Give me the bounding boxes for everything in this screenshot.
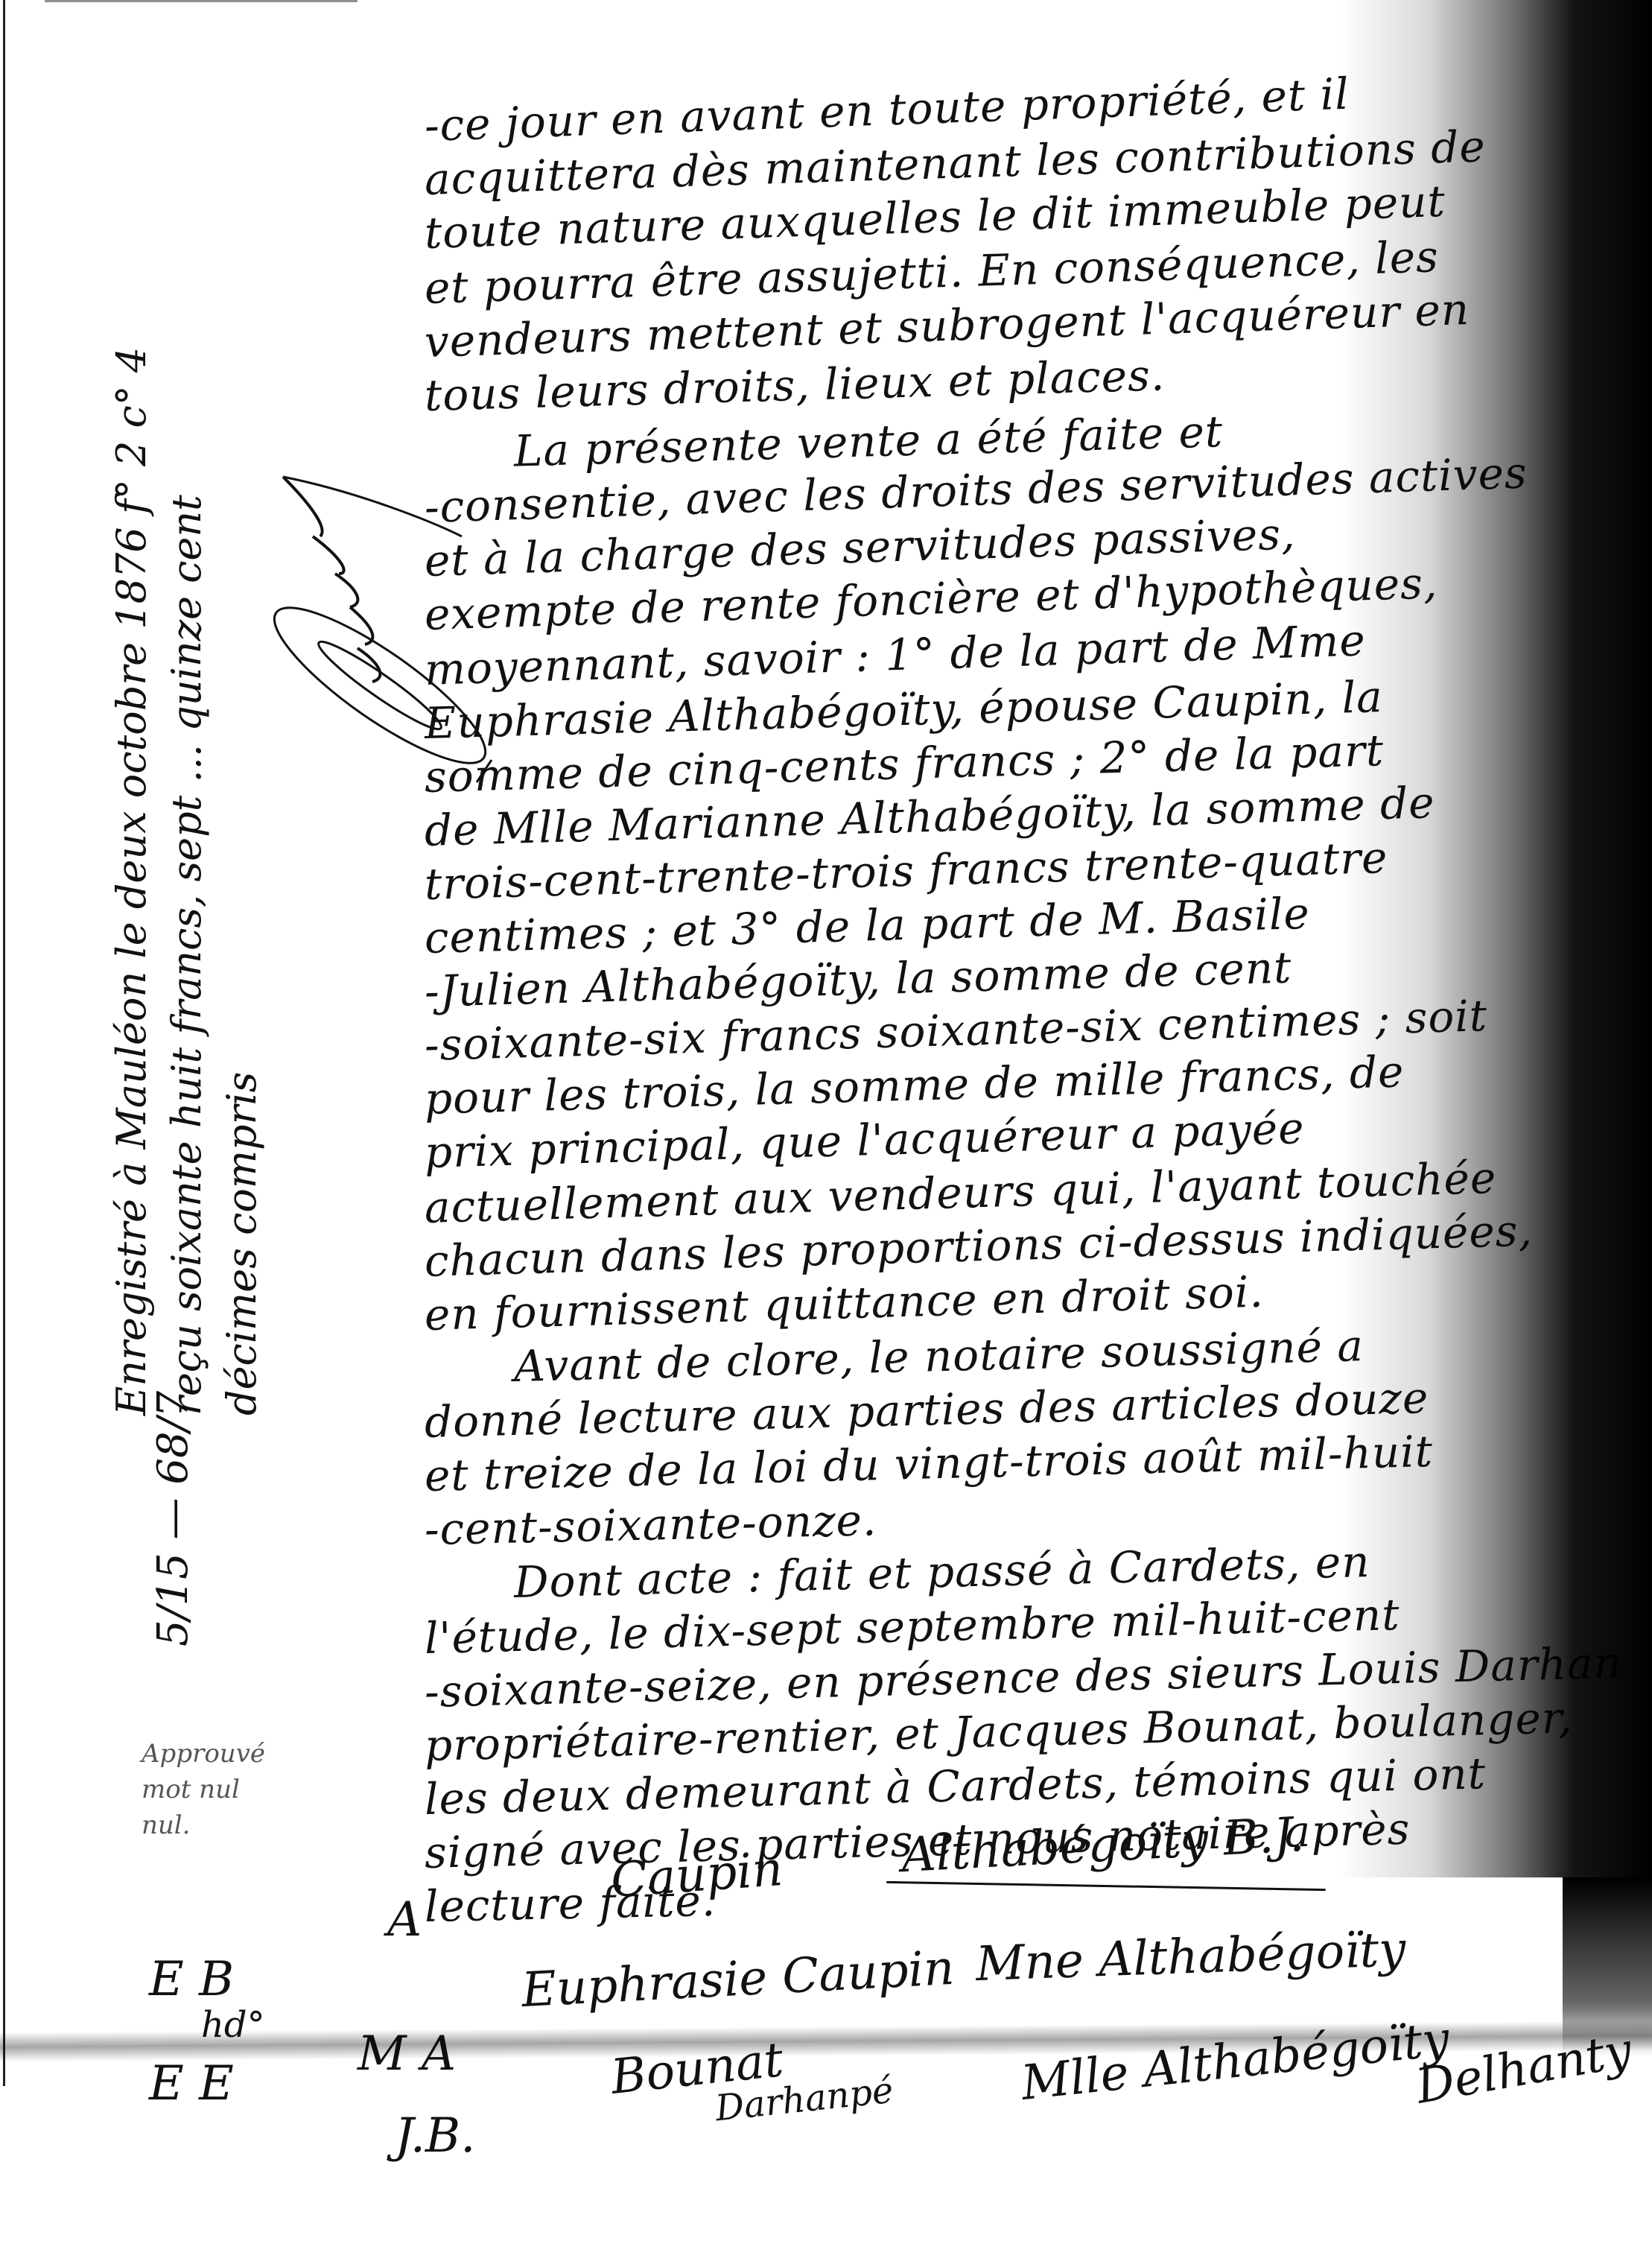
page-edge-top — [45, 0, 358, 2]
signature-mne-althabegoity: Mne Althabégoïty — [975, 1922, 1407, 1992]
margin-line: décimes compris — [215, 75, 270, 1416]
signature-euphrasie-caupin: Euphrasie Caupin — [520, 1941, 955, 2018]
signature-caupin: Caupin — [609, 1842, 785, 1909]
margin-line: reçu soixante huit francs, sept ... quin… — [159, 75, 215, 1416]
margin-approval-note: Approuvé mot nul nul. — [142, 1736, 265, 1843]
body-line: -cent-soixante-onze. — [424, 1498, 877, 1551]
initials-a: A — [387, 1892, 422, 1947]
paraph-flourish-icon — [268, 462, 521, 1281]
document-page: -ce jour en avant en toute propriété, et… — [0, 0, 1652, 2241]
scan-shadow-right — [1339, 0, 1652, 1877]
margin-line: Enregistré à Mauléon le deux octobre 187… — [104, 75, 159, 1416]
margin-fraction: 5/15 — 68/7 — [149, 1391, 197, 1646]
approval-line: Approuvé — [142, 1736, 265, 1772]
initials-ee: E E — [149, 2056, 234, 2111]
margin-registration-note: Enregistré à Mauléon le deux octobre 187… — [104, 75, 270, 1416]
initials-jb: J.B. — [395, 2108, 475, 2164]
page-edge-left — [3, 0, 5, 2086]
approval-line: nul. — [142, 1807, 265, 1843]
approval-line: mot nul — [142, 1772, 265, 1807]
initials-eb: E B — [149, 1952, 234, 2007]
signature-underline — [886, 1881, 1326, 1891]
